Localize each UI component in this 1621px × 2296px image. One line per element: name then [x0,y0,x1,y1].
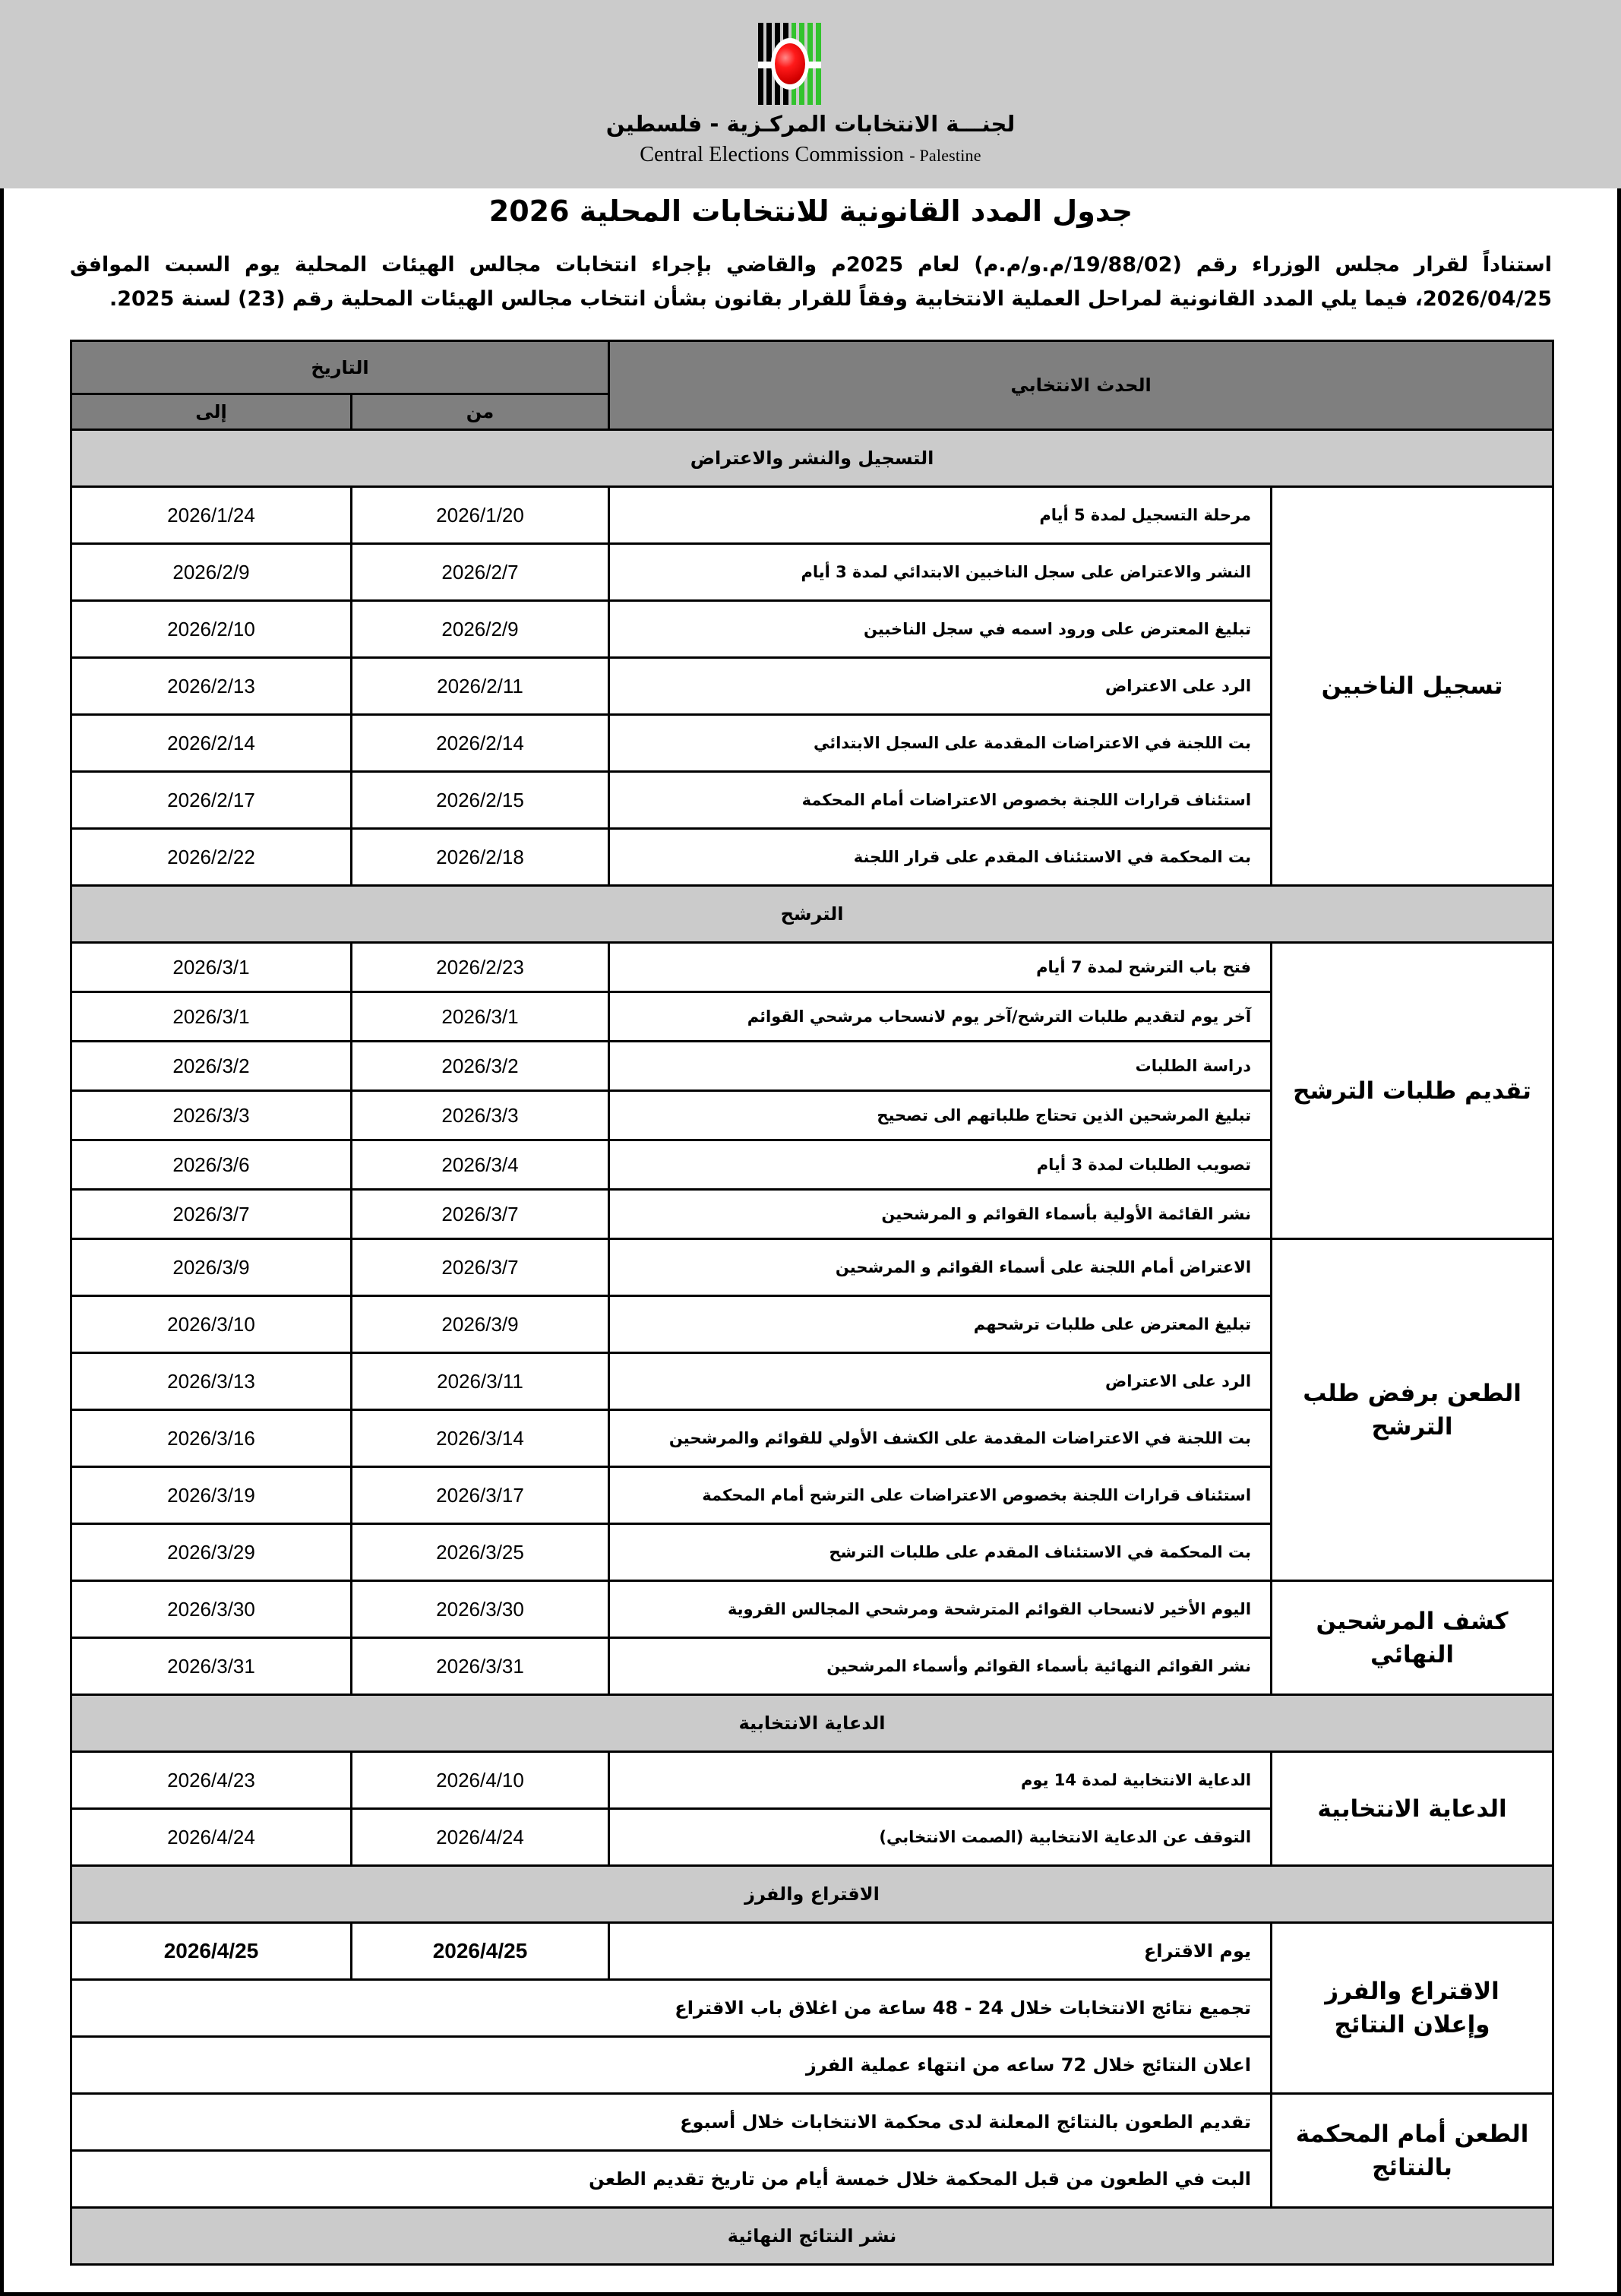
table-row: الاقتراع والفرز وإعلان النتائج يوم الاقت… [71,1923,1553,1980]
event-cell: الرد على الاعتراض [609,658,1272,715]
date-to-cell: 2026/2/10 [71,601,352,658]
date-from-cell: 2026/2/14 [352,715,609,772]
letterhead-band: لجنـــة الانتخابات المركـزية - فلسطين Ce… [0,0,1621,188]
column-header-from: من [352,394,609,430]
intro-paragraph: استناداً لقرار مجلس الوزراء رقم (19/88/0… [70,248,1552,316]
table-row: الطعن أمام المحكمة بالنتائج تقديم الطعون… [71,2094,1553,2151]
date-from-cell: 2026/3/4 [352,1140,609,1190]
event-cell: اليوم الأخير لانسحاب القوائم المترشحة وم… [609,1581,1272,1638]
date-from-cell: 2026/3/3 [352,1091,609,1140]
date-to-cell: 2026/3/13 [71,1353,352,1410]
event-cell: الدعاية الانتخابية لمدة 14 يوم [609,1752,1272,1809]
date-from-cell: 2026/4/10 [352,1752,609,1809]
date-to-cell: 2026/3/7 [71,1190,352,1239]
date-to-cell: 2026/3/29 [71,1524,352,1581]
section-title: نشر النتائج النهائية [71,2208,1553,2265]
event-cell: دراسة الطلبات [609,1042,1272,1091]
date-to-cell: 2026/4/25 [71,1923,352,1980]
event-cell: اعلان النتائج خلال 72 ساعه من انتهاء عمل… [71,2037,1272,2094]
event-cell: تجميع نتائج الانتخابات خلال 24 - 48 ساعة… [71,1980,1272,2037]
date-to-cell: 2026/3/30 [71,1581,352,1638]
event-cell: تبليغ المرشحين الذين تحتاج طلباتهم الى ت… [609,1091,1272,1140]
date-to-cell: 2026/3/1 [71,943,352,992]
event-cell: بت اللجنة في الاعتراضات المقدمة على الكش… [609,1410,1272,1467]
date-from-cell: 2026/3/11 [352,1353,609,1410]
event-cell: استئناف قرارات اللجنة بخصوص الاعتراضات ع… [609,1467,1272,1524]
table-row: الدعاية الانتخابية الدعاية الانتخابية لم… [71,1752,1553,1809]
date-to-cell: 2026/3/3 [71,1091,352,1140]
column-header-event: الحدث الانتخابي [609,341,1553,430]
category-cell: الطعن برفض طلب الترشح [1272,1239,1553,1581]
date-from-cell: 2026/3/14 [352,1410,609,1467]
event-cell: بت اللجنة في الاعتراضات المقدمة على السج… [609,715,1272,772]
date-from-cell: 2026/3/7 [352,1190,609,1239]
section-row: الدعاية الانتخابية [71,1695,1553,1752]
category-cell: كشف المرشحين النهائي [1272,1581,1553,1695]
date-from-cell: 2026/2/23 [352,943,609,992]
date-to-cell: 2026/3/19 [71,1467,352,1524]
date-to-cell: 2026/1/24 [71,487,352,544]
section-row: التسجيل والنشر والاعتراض [71,430,1553,487]
category-cell: تسجيل الناخبين [1272,487,1553,886]
date-to-cell: 2026/2/14 [71,715,352,772]
date-to-cell: 2026/3/10 [71,1296,352,1353]
date-from-cell: 2026/3/31 [352,1638,609,1695]
date-to-cell: 2026/2/13 [71,658,352,715]
event-cell: مرحلة التسجيل لمدة 5 أيام [609,487,1272,544]
date-from-cell: 2026/3/7 [352,1239,609,1296]
date-from-cell: 2026/2/15 [352,772,609,829]
event-cell: يوم الاقتراع [609,1923,1272,1980]
event-cell: تصويب الطلبات لمدة 3 أيام [609,1140,1272,1190]
table-row: تقديم طلبات الترشح فتح باب الترشح لمدة 7… [71,943,1553,992]
table-row: الطعن برفض طلب الترشح الاعتراض أمام اللج… [71,1239,1553,1296]
event-cell: النشر والاعتراض على سجل الناخبين الابتدا… [609,544,1272,601]
section-title: الاقتراع والفرز [71,1866,1553,1923]
cec-logo-icon [758,23,821,105]
date-from-cell: 2026/4/25 [352,1923,609,1980]
event-cell: استئناف قرارات اللجنة بخصوص الاعتراضات أ… [609,772,1272,829]
date-from-cell: 2026/2/7 [352,544,609,601]
category-cell: تقديم طلبات الترشح [1272,943,1553,1239]
date-from-cell: 2026/3/2 [352,1042,609,1091]
date-to-cell: 2026/3/9 [71,1239,352,1296]
event-cell: آخر يوم لتقديم طلبات الترشح/آخر يوم لانس… [609,992,1272,1042]
date-to-cell: 2026/2/9 [71,544,352,601]
date-to-cell: 2026/3/31 [71,1638,352,1695]
date-to-cell: 2026/2/17 [71,772,352,829]
section-row: الترشح [71,886,1553,943]
date-to-cell: 2026/3/1 [71,992,352,1042]
category-cell: الطعن أمام المحكمة بالنتائج [1272,2094,1553,2208]
date-from-cell: 2026/3/17 [352,1467,609,1524]
date-to-cell: 2026/3/2 [71,1042,352,1091]
date-from-cell: 2026/3/25 [352,1524,609,1581]
date-to-cell: 2026/2/22 [71,829,352,886]
date-from-cell: 2026/2/11 [352,658,609,715]
date-to-cell: 2026/3/16 [71,1410,352,1467]
event-cell: نشر القوائم النهائية بأسماء القوائم وأسم… [609,1638,1272,1695]
section-row: الاقتراع والفرز [71,1866,1553,1923]
event-cell: نشر القائمة الأولية بأسماء القوائم و الم… [609,1190,1272,1239]
event-cell: تقديم الطعون بالنتائج المعلنة لدى محكمة … [71,2094,1272,2151]
org-name-english-main: Central Elections Commission [640,143,904,166]
table-row: تسجيل الناخبين مرحلة التسجيل لمدة 5 أيام… [71,487,1553,544]
date-from-cell: 2026/2/18 [352,829,609,886]
section-title: الدعاية الانتخابية [71,1695,1553,1752]
date-from-cell: 2026/3/9 [352,1296,609,1353]
date-from-cell: 2026/2/9 [352,601,609,658]
category-cell: الاقتراع والفرز وإعلان النتائج [1272,1923,1553,2094]
event-cell: الاعتراض أمام اللجنة على أسماء القوائم و… [609,1239,1272,1296]
event-cell: تبليغ المعترض على ورود اسمه في سجل الناخ… [609,601,1272,658]
date-from-cell: 2026/1/20 [352,487,609,544]
date-to-cell: 2026/4/24 [71,1809,352,1866]
event-cell: الرد على الاعتراض [609,1353,1272,1410]
org-name-english: Central Elections Commission - Palestine [532,143,1089,167]
event-cell: البت في الطعون من قبل المحكمة خلال خمسة … [71,2151,1272,2208]
section-title: الترشح [71,886,1553,943]
date-to-cell: 2026/4/23 [71,1752,352,1809]
document-title: جدول المدد القانونية للانتخابات المحلية … [70,194,1552,228]
event-cell: بت المحكمة في الاستئناف المقدم على طلبات… [609,1524,1272,1581]
date-from-cell: 2026/3/1 [352,992,609,1042]
column-header-to: إلى [71,394,352,430]
category-cell: الدعاية الانتخابية [1272,1752,1553,1866]
section-title: التسجيل والنشر والاعتراض [71,430,1553,487]
date-from-cell: 2026/4/24 [352,1809,609,1866]
date-from-cell: 2026/3/30 [352,1581,609,1638]
event-cell: التوقف عن الدعاية الانتخابية (الصمت الان… [609,1809,1272,1866]
org-name-english-suffix: - Palestine [909,146,981,165]
date-to-cell: 2026/3/6 [71,1140,352,1190]
table-row: كشف المرشحين النهائي اليوم الأخير لانسحا… [71,1581,1553,1638]
column-header-date: التاريخ [71,341,609,394]
event-cell: بت المحكمة في الاستئناف المقدم على قرار … [609,829,1272,886]
legal-deadlines-table: الحدث الانتخابي التاريخ من إلى التسجيل و… [70,340,1554,2266]
org-name-arabic: لجنـــة الانتخابات المركـزية - فلسطين [532,111,1089,137]
section-row: نشر النتائج النهائية [71,2208,1553,2265]
event-cell: فتح باب الترشح لمدة 7 أيام [609,943,1272,992]
event-cell: تبليغ المعترض على طلبات ترشحهم [609,1296,1272,1353]
